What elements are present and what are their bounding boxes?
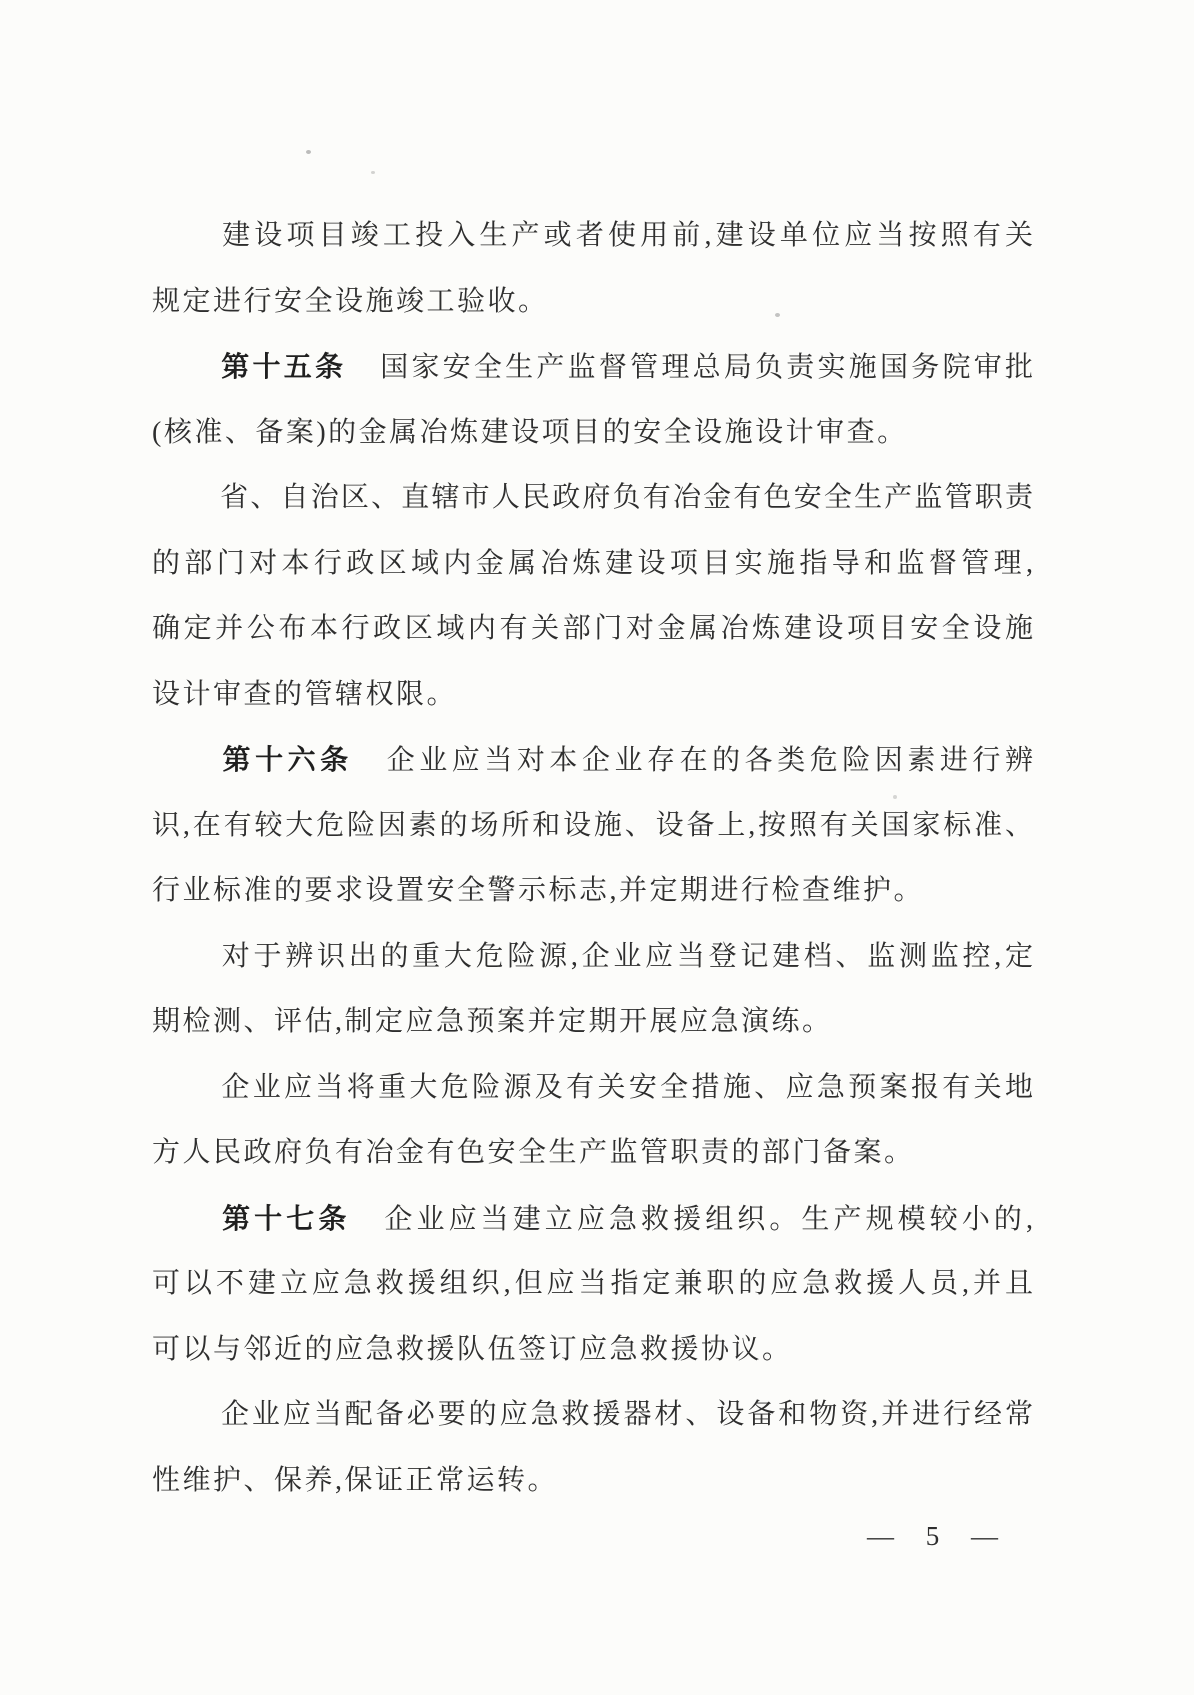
text-line: 省、自治区、直辖市人民政府负有冶金有色安全生产监管职责 (152, 465, 1033, 531)
text-line: 确定并公布本行政区域内有关部门对金属冶炼建设项目安全设施 (152, 596, 1033, 662)
line-text: 企业应当建立应急救援组织。生产规模较小的, (384, 1204, 1033, 1235)
line-text: 期检测、评估,制定应急预案并定期开展应急演练。 (152, 1006, 833, 1037)
line-text: 建设项目竣工投入生产或者使用前,建设单位应当按照有关 (218, 220, 1033, 251)
line-text: 确定并公布本行政区域内有关部门对金属冶炼建设项目安全设施 (152, 613, 1033, 644)
article-number: 第十七条 (218, 1203, 350, 1234)
line-text: 国家安全生产监督管理总局负责实施国务院审批 (380, 352, 1033, 383)
text-line: 建设项目竣工投入生产或者使用前,建设单位应当按照有关 (152, 203, 1033, 269)
paragraph-indent (152, 1227, 218, 1228)
text-line: 企业应当配备必要的应急救援器材、设备和物资,并进行经常 (152, 1382, 1033, 1448)
document-body: 建设项目竣工投入生产或者使用前,建设单位应当按照有关规定进行安全设施竣工验收。第… (152, 203, 1033, 1513)
text-line: 规定进行安全设施竣工验收。 (152, 269, 1033, 335)
line-text: 可以与邻近的应急救援队伍签订应急救援协议。 (152, 1334, 793, 1365)
text-line: 设计审查的管辖权限。 (152, 662, 1033, 728)
line-text: 设计审查的管辖权限。 (152, 679, 457, 710)
line-text: 对于辨识出的重大危险源,企业应当登记建档、监测监控,定 (218, 941, 1033, 972)
text-line: 第十五条国家安全生产监督管理总局负责实施国务院审批 (152, 334, 1033, 400)
text-line: 企业应当将重大危险源及有关安全措施、应急预案报有关地 (152, 1055, 1033, 1121)
text-line: 性维护、保养,保证正常运转。 (152, 1448, 1033, 1514)
page-number: — 5 — (867, 1516, 1007, 1556)
paragraph-indent (152, 1422, 218, 1423)
paragraph-indent (152, 243, 218, 244)
text-line: 方人民政府负有冶金有色安全生产监管职责的部门备案。 (152, 1120, 1033, 1186)
article-number: 第十五条 (218, 351, 346, 382)
text-line: 第十七条企业应当建立应急救援组织。生产规模较小的, (152, 1186, 1033, 1252)
text-line: 可以与邻近的应急救援队伍签订应急救援协议。 (152, 1317, 1033, 1383)
line-text: 企业应当配备必要的应急救援器材、设备和物资,并进行经常 (218, 1399, 1033, 1430)
text-line: 期检测、评估,制定应急预案并定期开展应急演练。 (152, 989, 1033, 1055)
paragraph-indent (152, 964, 218, 965)
line-text: 的部门对本行政区域内金属冶炼建设项目实施指导和监督管理, (152, 548, 1033, 579)
line-text: 省、自治区、直辖市人民政府负有冶金有色安全生产监管职责 (218, 482, 1033, 513)
line-text: 企业应当对本企业存在的各类危险因素进行辨 (387, 745, 1033, 776)
text-line: (核准、备案)的金属冶炼建设项目的安全设施设计审查。 (152, 400, 1033, 466)
line-text: 行业标准的要求设置安全警示标志,并定期进行检查维护。 (152, 875, 924, 906)
paragraph-indent (152, 375, 218, 376)
line-text: (核准、备案)的金属冶炼建设项目的安全设施设计审查。 (152, 417, 908, 448)
line-text: 规定进行安全设施竣工验收。 (152, 286, 549, 317)
line-text: 识,在有较大危险因素的场所和设施、设备上,按照有关国家标准、 (152, 810, 1033, 841)
paragraph-indent (152, 768, 218, 769)
text-line: 行业标准的要求设置安全警示标志,并定期进行检查维护。 (152, 858, 1033, 924)
line-text: 企业应当将重大危险源及有关安全措施、应急预案报有关地 (218, 1072, 1033, 1103)
text-line: 第十六条企业应当对本企业存在的各类危险因素进行辨 (152, 727, 1033, 793)
paragraph-indent (152, 1095, 218, 1096)
line-text: 可以不建立应急救援组织,但应当指定兼职的应急救援人员,并且 (152, 1268, 1033, 1299)
scan-speck (306, 150, 311, 154)
scan-speck (371, 171, 375, 174)
text-line: 的部门对本行政区域内金属冶炼建设项目实施指导和监督管理, (152, 531, 1033, 597)
line-text: 性维护、保养,保证正常运转。 (152, 1465, 558, 1496)
document-page: 建设项目竣工投入生产或者使用前,建设单位应当按照有关规定进行安全设施竣工验收。第… (0, 0, 1194, 1695)
article-number: 第十六条 (218, 744, 353, 775)
text-line: 对于辨识出的重大危险源,企业应当登记建档、监测监控,定 (152, 924, 1033, 990)
line-text: 方人民政府负有冶金有色安全生产监管职责的部门备案。 (152, 1137, 915, 1168)
text-line: 可以不建立应急救援组织,但应当指定兼职的应急救援人员,并且 (152, 1251, 1033, 1317)
paragraph-indent (152, 505, 218, 506)
text-line: 识,在有较大危险因素的场所和设施、设备上,按照有关国家标准、 (152, 793, 1033, 859)
